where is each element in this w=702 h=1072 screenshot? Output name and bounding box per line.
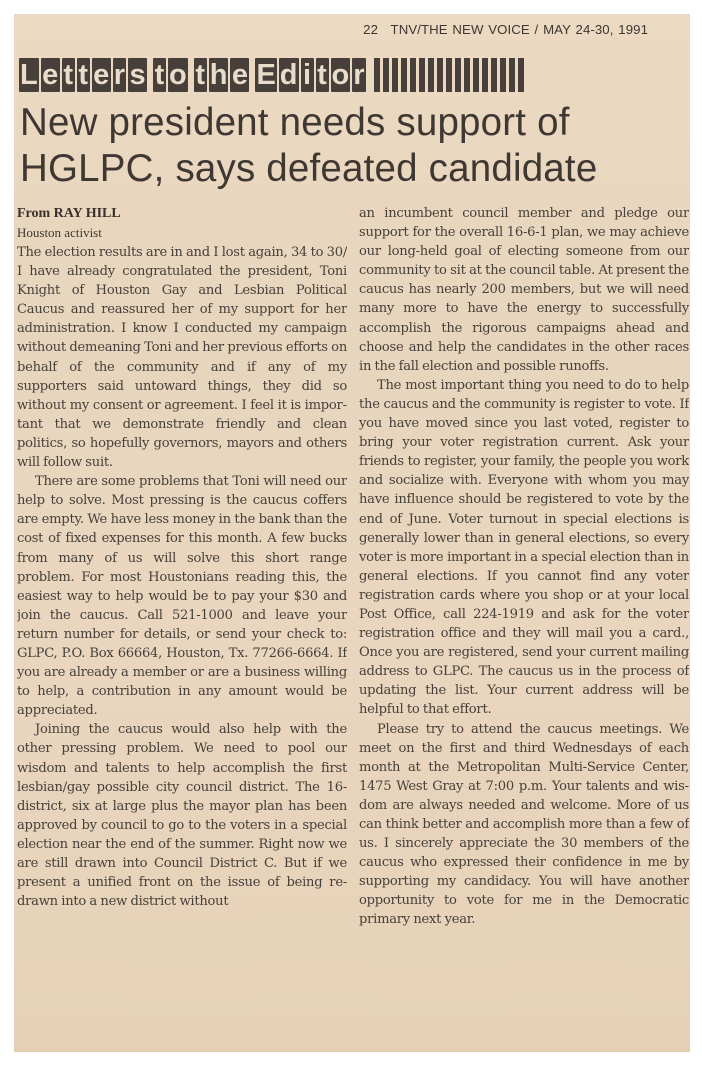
banner-letter: r <box>352 58 365 92</box>
banner-letter: t <box>153 58 166 92</box>
decorative-bar <box>509 58 515 92</box>
page-number: 22 <box>363 22 378 37</box>
banner-letter: s <box>128 58 147 92</box>
banner-letter: o <box>168 58 188 92</box>
banner-letter: h <box>209 58 229 92</box>
decorative-bar <box>473 58 479 92</box>
paragraph: The election results are in and I lost a… <box>17 243 347 472</box>
decorative-bar <box>446 58 452 92</box>
newspaper-clipping: 22 TNV/THE NEW VOICE / MAY 24-30, 1991 L… <box>14 14 690 1052</box>
decorative-bar <box>374 58 380 92</box>
decorative-bar <box>428 58 434 92</box>
headline-line-1: New president needs support of <box>20 101 570 144</box>
decorative-bar <box>455 58 461 92</box>
decorative-bar <box>401 58 407 92</box>
page-folio: 22 TNV/THE NEW VOICE / MAY 24-30, 1991 <box>14 22 648 37</box>
decorative-bar <box>518 58 524 92</box>
banner-letter: t <box>77 58 90 92</box>
section-banner-letters-to-the-editor: L e t t e r s t o t h e E d i t o r <box>19 58 527 94</box>
banner-letter: e <box>92 58 111 92</box>
headline-line-2: HGLPC, says defeated candidate <box>20 147 597 190</box>
article-column-left: From RAY HILL Houston activist The elect… <box>17 204 347 1052</box>
banner-letter: e <box>230 58 249 92</box>
banner-letter: t <box>316 58 329 92</box>
decorative-bar <box>500 58 506 92</box>
banner-letter: E <box>255 58 276 92</box>
decorative-bar <box>419 58 425 92</box>
banner-letter: L <box>19 58 39 92</box>
decorative-bar <box>410 58 416 92</box>
banner-letter: e <box>41 58 60 92</box>
paragraph: an incumbent council member and pledge o… <box>359 204 689 376</box>
byline-author: From RAY HILL <box>17 205 347 222</box>
article-body: From RAY HILL Houston activist The elect… <box>17 204 689 1052</box>
paragraph: Please try to attend the caucus meet­ing… <box>359 720 689 930</box>
paragraph: The most important thing you need to do … <box>359 376 689 720</box>
decorative-bar <box>437 58 443 92</box>
publication-dateline: TNV/THE NEW VOICE / MAY 24-30, 1991 <box>391 22 648 37</box>
decorative-bar <box>482 58 488 92</box>
banner-letter: t <box>194 58 207 92</box>
banner-letter: t <box>62 58 75 92</box>
byline-title: Houston activist <box>17 225 347 241</box>
article-headline: New president needs support of HGLPC, sa… <box>20 100 690 192</box>
decorative-bar <box>464 58 470 92</box>
article-column-right: an incumbent council member and pledge o… <box>359 204 689 1052</box>
banner-letter: o <box>331 58 351 92</box>
decorative-bars <box>374 58 527 94</box>
decorative-bar <box>392 58 398 92</box>
paragraph: There are some problems that Toni will n… <box>17 472 347 720</box>
banner-letter: d <box>279 58 299 92</box>
decorative-bar <box>491 58 497 92</box>
decorative-bar <box>383 58 389 92</box>
banner-letter: i <box>301 58 314 92</box>
banner-letter: r <box>113 58 126 92</box>
paragraph: Joining the caucus would also help with … <box>17 720 347 911</box>
